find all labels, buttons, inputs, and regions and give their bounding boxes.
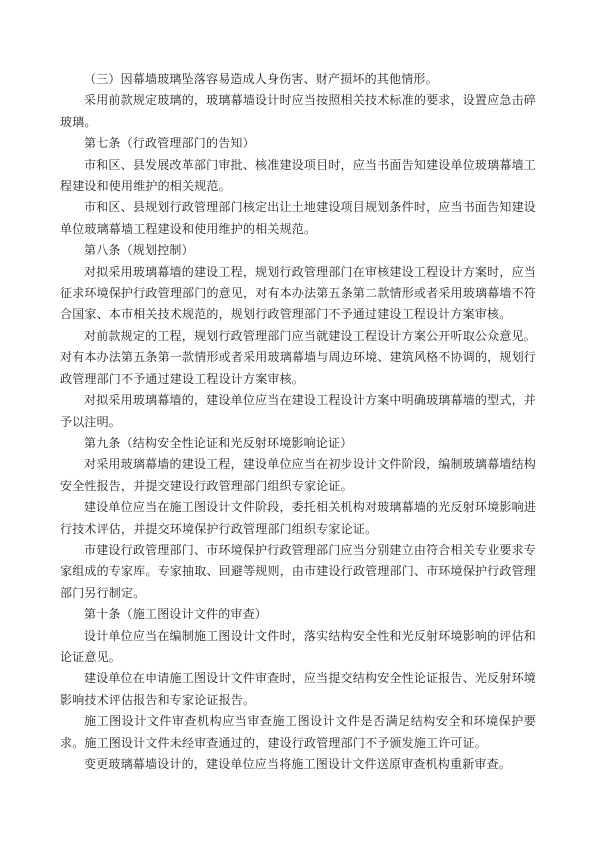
article-10-heading: 第十条（施工图设计文件的审查）: [60, 604, 536, 625]
body-paragraph: 采用前款规定玻璃的，玻璃幕墙设计时应当按照相关技术标准的要求，设置应急击碎玻璃。: [60, 90, 536, 133]
body-paragraph: 建设单位应当在施工图设计文件阶段，委托相关机构对玻璃幕墙的光反射环境影响进行技术…: [60, 497, 536, 540]
body-paragraph: 建设单位在申请施工图设计文件审查时，应当提交结构安全性论证报告、光反射环境影响技…: [60, 668, 536, 711]
body-paragraph: 市和区、县发展改革部门审批、核准建设项目时，应当书面告知建设单位玻璃幕墙工程建设…: [60, 155, 536, 198]
article-7-heading: 第七条（行政管理部门的告知）: [60, 133, 536, 154]
body-paragraph: 变更玻璃幕墙设计的，建设单位应当将施工图设计文件送原审查机构重新审查。: [60, 754, 536, 775]
body-paragraph: 市和区、县规划行政管理部门核定出让土地建设项目规划条件时，应当书面告知建设单位玻…: [60, 197, 536, 240]
list-item-3: （三）因幕墙玻璃坠落容易造成人身伤害、财产损坏的其他情形。: [60, 69, 536, 90]
body-paragraph: 对采用玻璃幕墙的建设工程，建设单位应当在初步设计文件阶段，编制玻璃幕墙结构安全性…: [60, 454, 536, 497]
document-page: （三）因幕墙玻璃坠落容易造成人身伤害、财产损坏的其他情形。 采用前款规定玻璃的，…: [0, 0, 595, 841]
document-text-block: （三）因幕墙玻璃坠落容易造成人身伤害、财产损坏的其他情形。 采用前款规定玻璃的，…: [60, 69, 536, 775]
article-9-heading: 第九条（结构安全性论证和光反射环境影响论证）: [60, 433, 536, 454]
body-paragraph: 对拟采用玻璃幕墙的建设工程，规划行政管理部门在审核建设工程设计方案时，应当征求环…: [60, 262, 536, 326]
body-paragraph: 对拟采用玻璃幕墙的，建设单位应当在建设工程设计方案中明确玻璃幕墙的型式，并予以注…: [60, 390, 536, 433]
body-paragraph: 对前款规定的工程，规划行政管理部门应当就建设工程设计方案公开听取公众意见。对有本…: [60, 326, 536, 390]
body-paragraph: 施工图设计文件审查机构应当审查施工图设计文件是否满足结构安全和环境保护要求。施工…: [60, 711, 536, 754]
body-paragraph: 市建设行政管理部门、市环境保护行政管理部门应当分别建立由符合相关专业要求专家组成…: [60, 540, 536, 604]
article-8-heading: 第八条（规划控制）: [60, 240, 536, 261]
body-paragraph: 设计单位应当在编制施工图设计文件时，落实结构安全性和光反射环境影响的评估和论证意…: [60, 626, 536, 669]
